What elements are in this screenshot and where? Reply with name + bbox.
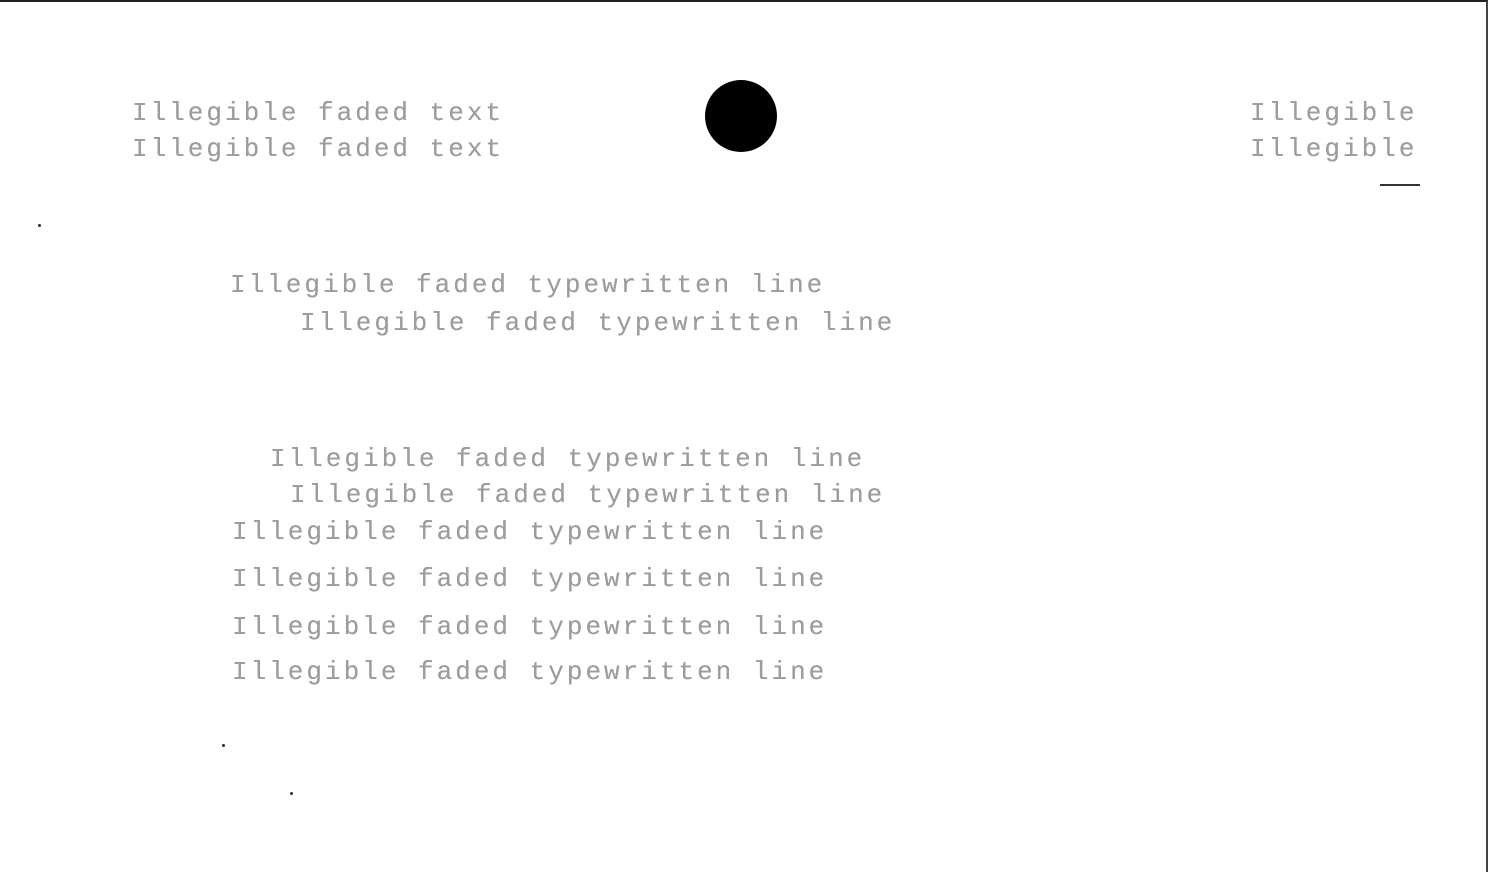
speck [38,224,41,227]
underline-mark [1380,184,1420,186]
body-lower-line-4: Illegible faded typewritten line [232,564,827,594]
body-lower-line-5: Illegible faded typewritten line [232,612,827,642]
body-upper-line-1: Illegible faded typewritten line [230,270,825,300]
body-lower-line-1: Illegible faded typewritten line [270,444,865,474]
index-card: Illegible faded text Illegible faded tex… [0,0,1488,872]
header-right-line-1: Illegible [1250,98,1417,128]
header-left-line-1: Illegible faded text [132,98,504,128]
speck [222,744,225,747]
header-right-line-2: Illegible [1250,134,1417,164]
body-upper-line-2: Illegible faded typewritten line [300,308,895,338]
body-lower-line-6: Illegible faded typewritten line [232,657,827,687]
punch-hole [705,80,777,152]
body-lower-line-3: Illegible faded typewritten line [232,517,827,547]
header-left-line-2: Illegible faded text [132,134,504,164]
body-lower-line-2: Illegible faded typewritten line [290,480,885,510]
speck [290,792,293,795]
